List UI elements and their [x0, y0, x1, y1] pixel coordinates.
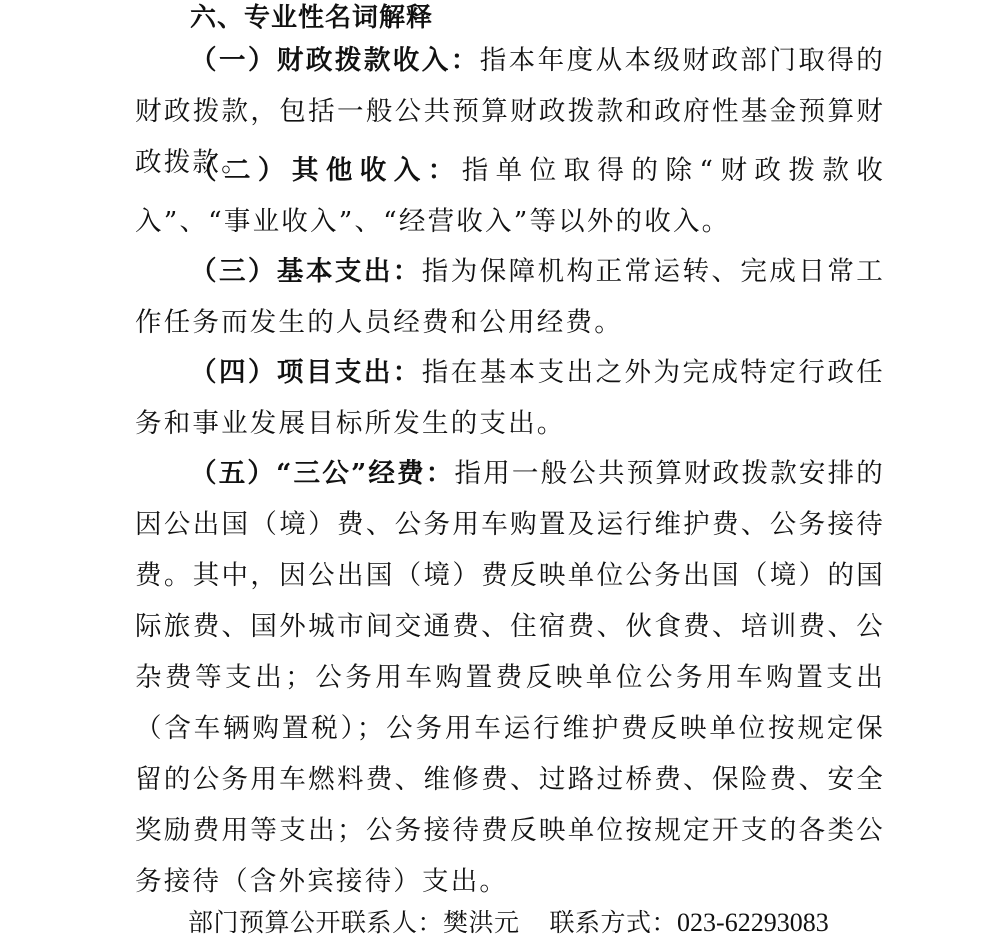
contact-label: 部门预算公开联系人： [188, 908, 443, 937]
contact-name: 樊洪元 [443, 908, 520, 937]
phone-label: 联系方式： [550, 908, 678, 937]
phone-number: 023-62293083 [677, 908, 829, 937]
term-label: （二）其他收入： [190, 155, 462, 186]
term-paragraph-basic-expenditure: （三）基本支出：指为保障机构正常运转、完成日常工作任务而发生的人员经费和公用经费… [135, 246, 885, 348]
term-definition: 指用一般公共预算财政拨款安排的因公出国（境）费、公务用车购置及运行维护费、公务接… [135, 458, 885, 897]
term-label: （一）财政拨款收入： [190, 45, 480, 76]
term-paragraph-other-income: （二）其他收入：指单位取得的除“财政拨款收入”、“事业收入”、“经营收入”等以外… [135, 145, 885, 247]
term-paragraph-three-public-expenses: （五）“三公”经费：指用一般公共预算财政拨款安排的因公出国（境）费、公务用车购置… [135, 448, 885, 907]
term-label: （五）“三公”经费： [190, 458, 455, 489]
section-heading: 六、专业性名词解释 [190, 0, 433, 36]
term-label: （四）项目支出： [190, 357, 422, 388]
term-label: （三）基本支出： [190, 256, 422, 287]
term-paragraph-project-expenditure: （四）项目支出：指在基本支出之外为完成特定行政任务和事业发展目标所发生的支出。 [135, 347, 885, 449]
contact-footer: 部门预算公开联系人：樊洪元联系方式：023-62293083 [188, 904, 829, 942]
